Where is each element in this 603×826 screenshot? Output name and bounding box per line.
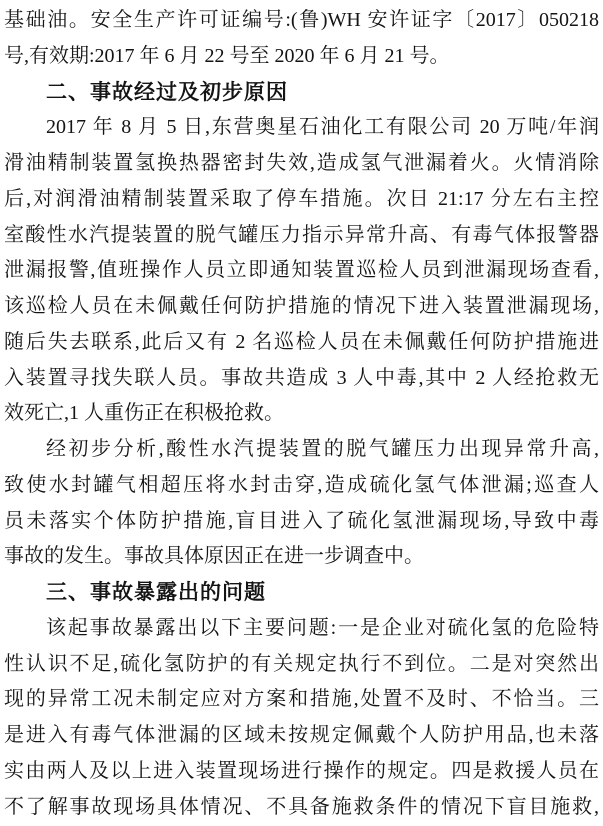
text-line: 是进入有毒气体泄漏的区域未按规定佩戴个人防护用品,也未落 [4, 718, 599, 754]
text-line: 2017 年 8 月 5 日,东营奥星石油化工有限公司 20 万吨/年润 [4, 110, 599, 146]
text-line: 不了解事故现场具体情况、不具备施救条件的情况下盲目施救, [4, 790, 599, 826]
text-line: 员未落实个体防护措施,盲目进入了硫化氢泄漏现场,导致中毒 [4, 504, 599, 540]
text-line: 入装置寻找失联人员。事故共造成 3 人中毒,其中 2 人经抢救无 [4, 361, 599, 397]
text-line: 室酸性水汽提装置的脱气罐压力指示异常升高、有毒气体报警器 [4, 218, 599, 254]
text-line: 现的异常工况未制定应对方案和措施,处置不及时、不恰当。三 [4, 682, 599, 718]
text-line: 该起事故暴露出以下主要问题:一是企业对硫化氢的危险特 [4, 611, 599, 647]
section-heading-2: 二、事故经过及初步原因 [4, 75, 599, 111]
text-line: 致使水封罐气相超压将水封击穿,造成硫化氢气体泄漏;巡查人 [4, 468, 599, 504]
text-line: 基础油。安全生产许可证编号:(鲁)WH 安许证字〔2017〕050218 [4, 3, 599, 39]
section-heading-3: 三、事故暴露出的问题 [4, 575, 599, 611]
text-line: 事故的发生。事故具体原因正在进一步调查中。 [4, 539, 599, 575]
text-line: 效死亡,1 人重伤正在积极抢救。 [4, 396, 599, 432]
text-line: 后,对润滑油精制装置采取了停车措施。次日 21:17 分左右主控 [4, 182, 599, 218]
text-line: 号,有效期:2017 年 6 月 22 号至 2020 年 6 月 21 号。 [4, 39, 599, 75]
document-page: 基础油。安全生产许可证编号:(鲁)WH 安许证字〔2017〕050218 号,有… [0, 0, 603, 826]
text-line: 该巡检人员在未佩戴任何防护措施的情况下进入装置泄漏现场, [4, 289, 599, 325]
text-line: 实由两人及以上进入装置现场进行操作的规定。四是救援人员在 [4, 754, 599, 790]
text-line: 随后失去联系,此后又有 2 名巡检人员在未佩戴任何防护措施进 [4, 325, 599, 361]
text-line: 泄漏报警,值班操作人员立即通知装置巡检人员到泄漏现场查看, [4, 253, 599, 289]
text-line: 性认识不足,硫化氢防护的有关规定执行不到位。二是对突然出 [4, 647, 599, 683]
text-line: 经初步分析,酸性水汽提装置的脱气罐压力出现异常升高, [4, 432, 599, 468]
text-line: 滑油精制装置氢换热器密封失效,造成氢气泄漏着火。火情消除 [4, 146, 599, 182]
